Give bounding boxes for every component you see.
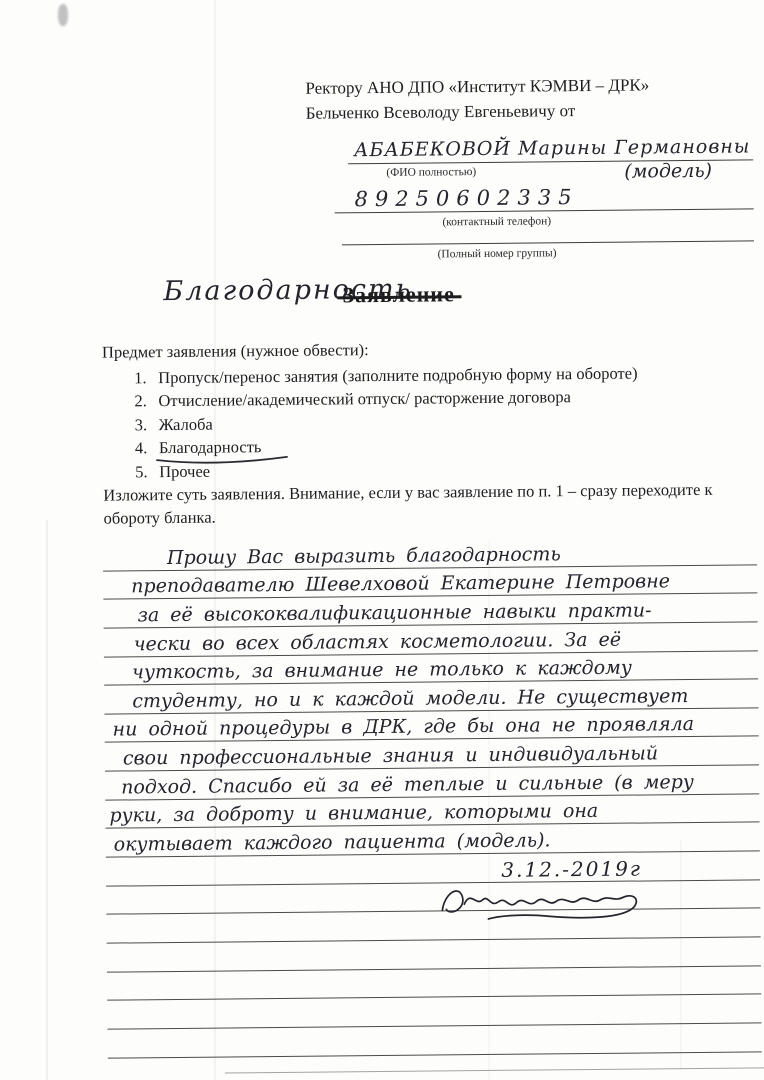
fio-field: АБАБЕКОВОЙ Марины Германовны bbox=[348, 127, 753, 164]
printed-title-text: Заявление bbox=[342, 281, 455, 307]
handwritten-text: окутывает каждого пациента (модель). bbox=[114, 831, 551, 856]
subject-label: Предмет заявления (нужное обвести): bbox=[102, 340, 369, 363]
scanned-application-page: Ректору АНО ДПО «Институт КЭМВИ – ДРК» Б… bbox=[0, 0, 764, 1080]
item-number: 3. bbox=[135, 413, 159, 437]
phone-field: 89250602335 bbox=[334, 177, 753, 213]
subject-list: 1. Пропуск/перенос занятия (заполните по… bbox=[134, 362, 638, 484]
item-number: 2. bbox=[134, 390, 158, 414]
item-label: Жалоба bbox=[159, 412, 213, 436]
printed-title-zayavlenie: Заявление bbox=[342, 281, 455, 308]
addressee-line2: Бельченко Всеволоду Евгеньевичу от bbox=[306, 98, 650, 126]
empty-rule bbox=[107, 1023, 761, 1058]
group-caption: (Полный номер группы) bbox=[417, 247, 577, 261]
addressee-line1: Ректору АНО ДПО «Институт КЭМВИ – ДРК» bbox=[305, 73, 649, 101]
item-label: Прочее bbox=[159, 459, 210, 483]
phone-handwritten-value: 89250602335 bbox=[354, 185, 578, 211]
handwritten-text: Прошу Вас выразить благодарность bbox=[167, 545, 561, 570]
fio-caption: (ФИО полностью) bbox=[366, 166, 496, 179]
statement-body-lines: Прошу Вас выразить благодарность препода… bbox=[103, 536, 762, 1058]
fio-handwritten-value: АБАБЕКОВОЙ Марины Германовны bbox=[354, 135, 750, 161]
item-number: 1. bbox=[134, 366, 158, 390]
partial-bottom-rule bbox=[225, 1067, 764, 1073]
instruction-paragraph: Изложите суть заявления. Внимание, если … bbox=[103, 479, 735, 531]
subject-item-5: 5. Прочее bbox=[135, 455, 639, 483]
group-number-field bbox=[342, 210, 754, 245]
addressee-block: Ректору АНО ДПО «Институт КЭМВИ – ДРК» Б… bbox=[305, 73, 649, 126]
item-number: 5. bbox=[135, 460, 159, 484]
